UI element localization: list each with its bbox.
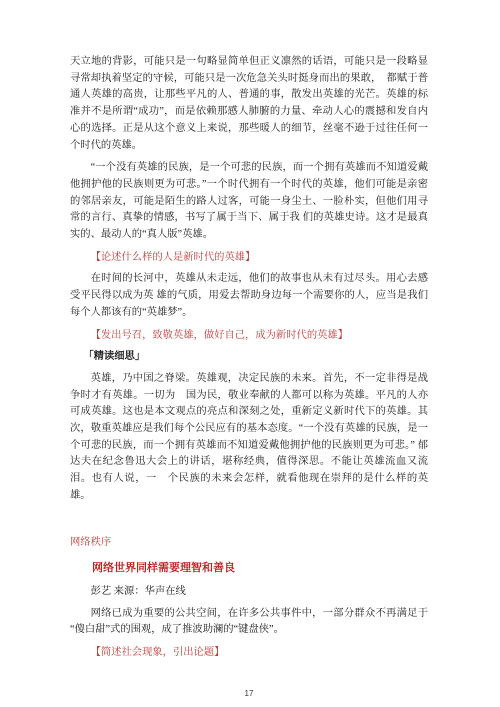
article-byline: 彭艺 来源：华声在线 bbox=[70, 584, 428, 601]
body-paragraph: 英雄，乃中国之脊梁。英雄观，决定民族的未来。首先，不一定非得是战争时才有英雄。一… bbox=[70, 371, 428, 505]
page-content: 天立地的背影，可能只是一句略显简单但正义凛然的话语，可能只是一段略显寻常却执着坚… bbox=[70, 54, 428, 699]
reading-section-header: 「精读细思」 bbox=[70, 349, 428, 366]
margin-annotation: 【论述什么样的人是新时代的英雄】 bbox=[70, 250, 428, 267]
margin-annotation: 【简述社会现象，引出论题】 bbox=[70, 645, 428, 662]
document-page: 天立地的背影，可能只是一句略显简单但正义凛然的话语，可能只是一段略显寻常却执着坚… bbox=[0, 0, 500, 707]
body-paragraph-continuation: 天立地的背影，可能只是一句略显简单但正义凛然的话语，可能只是一段略显寻常却执着坚… bbox=[70, 54, 428, 154]
article-title: 网络世界同样需要理智和善良 bbox=[70, 560, 428, 577]
body-paragraph: 网络已成为重要的公共空间，在许多公共事件中，一部分群众不再满足于“傻白甜”式的围… bbox=[70, 606, 428, 639]
page-number: 17 bbox=[70, 689, 428, 699]
topic-section-label: 网络秩序 bbox=[70, 535, 428, 552]
margin-annotation: 【发出号召，致敬英雄，做好自己，成为新时代的英雄】 bbox=[70, 328, 428, 345]
body-paragraph: 在时间的长河中，英雄从未走远，他们的故事也从未有过尽头。用心去感受平民得以成为英… bbox=[70, 271, 428, 321]
body-paragraph: “一个没有英雄的民族，是一个可悲的民族，而一个拥有英雄而不知道爱戴他拥护他的民族… bbox=[70, 160, 428, 244]
